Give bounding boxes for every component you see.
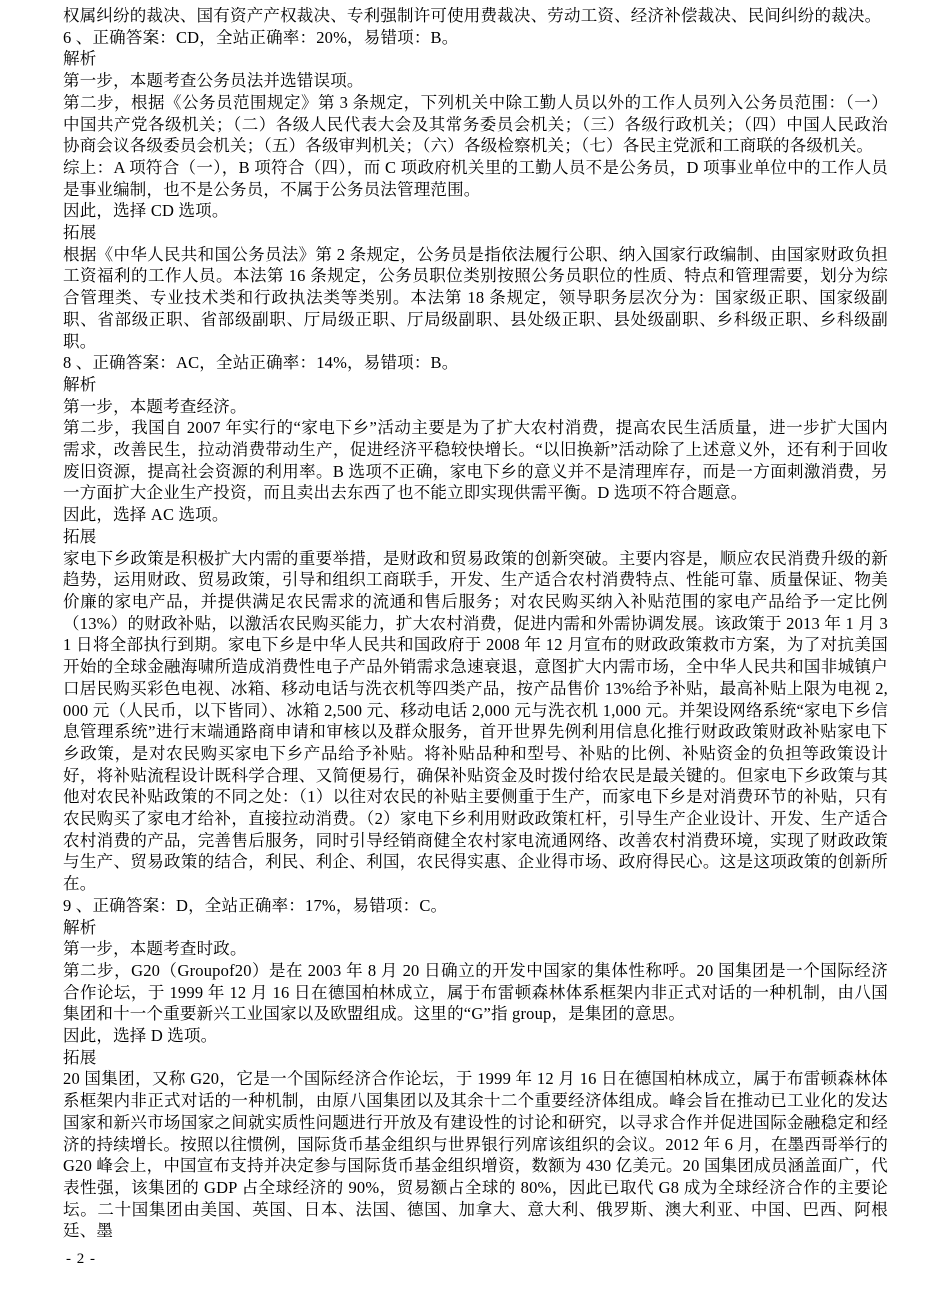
paragraph-step2-q9: 第二步，G20（Groupof20）是在 2003 年 8 月 20 日确立的开… <box>63 960 888 1025</box>
paragraph-conclusion-q6: 因此，选择 CD 选项。 <box>63 200 888 222</box>
section-heading-analysis: 解析 <box>63 48 888 70</box>
paragraph-conclusion-q9: 因此，选择 D 选项。 <box>63 1025 888 1047</box>
paragraph-step1-q8: 第一步，本题考查经济。 <box>63 396 888 418</box>
section-heading-expansion: 拓展 <box>63 1047 888 1069</box>
page-number: - 2 - <box>66 1249 96 1269</box>
question-8-answer-line: 8 、正确答案：AC，全站正确率：14%，易错项：B。 <box>63 352 888 374</box>
paragraph-expansion-q6: 根据《中华人民共和国公务员法》第 2 条规定，公务员是指依法履行公职、纳入国家行… <box>63 244 888 353</box>
section-heading-analysis: 解析 <box>63 917 888 939</box>
paragraph-step1-q9: 第一步，本题考查时政。 <box>63 938 888 960</box>
paragraph-expansion-q9: 20 国集团，又称 G20，它是一个国际经济合作论坛，于 1999 年 12 月… <box>63 1068 888 1242</box>
paragraph-continuation-arbitration: 权属纠纷的裁决、国有资产产权裁决、专利强制许可使用费裁决、劳动工资、经济补偿裁决… <box>63 5 888 27</box>
question-6-answer-line: 6 、正确答案：CD，全站正确率：20%，易错项：B。 <box>63 27 888 49</box>
document-text-content: 权属纠纷的裁决、国有资产产权裁决、专利强制许可使用费裁决、劳动工资、经济补偿裁决… <box>63 5 888 1242</box>
section-heading-expansion: 拓展 <box>63 222 888 244</box>
document-page: 权属纠纷的裁决、国有资产产权裁决、专利强制许可使用费裁决、劳动工资、经济补偿裁决… <box>0 0 950 1299</box>
section-heading-expansion: 拓展 <box>63 526 888 548</box>
paragraph-conclusion-q8: 因此，选择 AC 选项。 <box>63 504 888 526</box>
paragraph-summary-q6: 综上：A 项符合（一），B 项符合（四），而 C 项政府机关里的工勤人员不是公务… <box>63 157 888 200</box>
question-9-answer-line: 9 、正确答案：D，全站正确率：17%，易错项：C。 <box>63 895 888 917</box>
paragraph-step1-q6: 第一步，本题考查公务员法并选错误项。 <box>63 70 888 92</box>
section-heading-analysis: 解析 <box>63 374 888 396</box>
paragraph-expansion-q8: 家电下乡政策是积极扩大内需的重要举措，是财政和贸易政策的创新突破。主要内容是，顺… <box>63 548 888 895</box>
paragraph-step2-q8: 第二步，我国自 2007 年实行的“家电下乡”活动主要是为了扩大农村消费，提高农… <box>63 417 888 504</box>
paragraph-step2-q6: 第二步，根据《公务员范围规定》第 3 条规定，下列机关中除工勤人员以外的工作人员… <box>63 92 888 157</box>
